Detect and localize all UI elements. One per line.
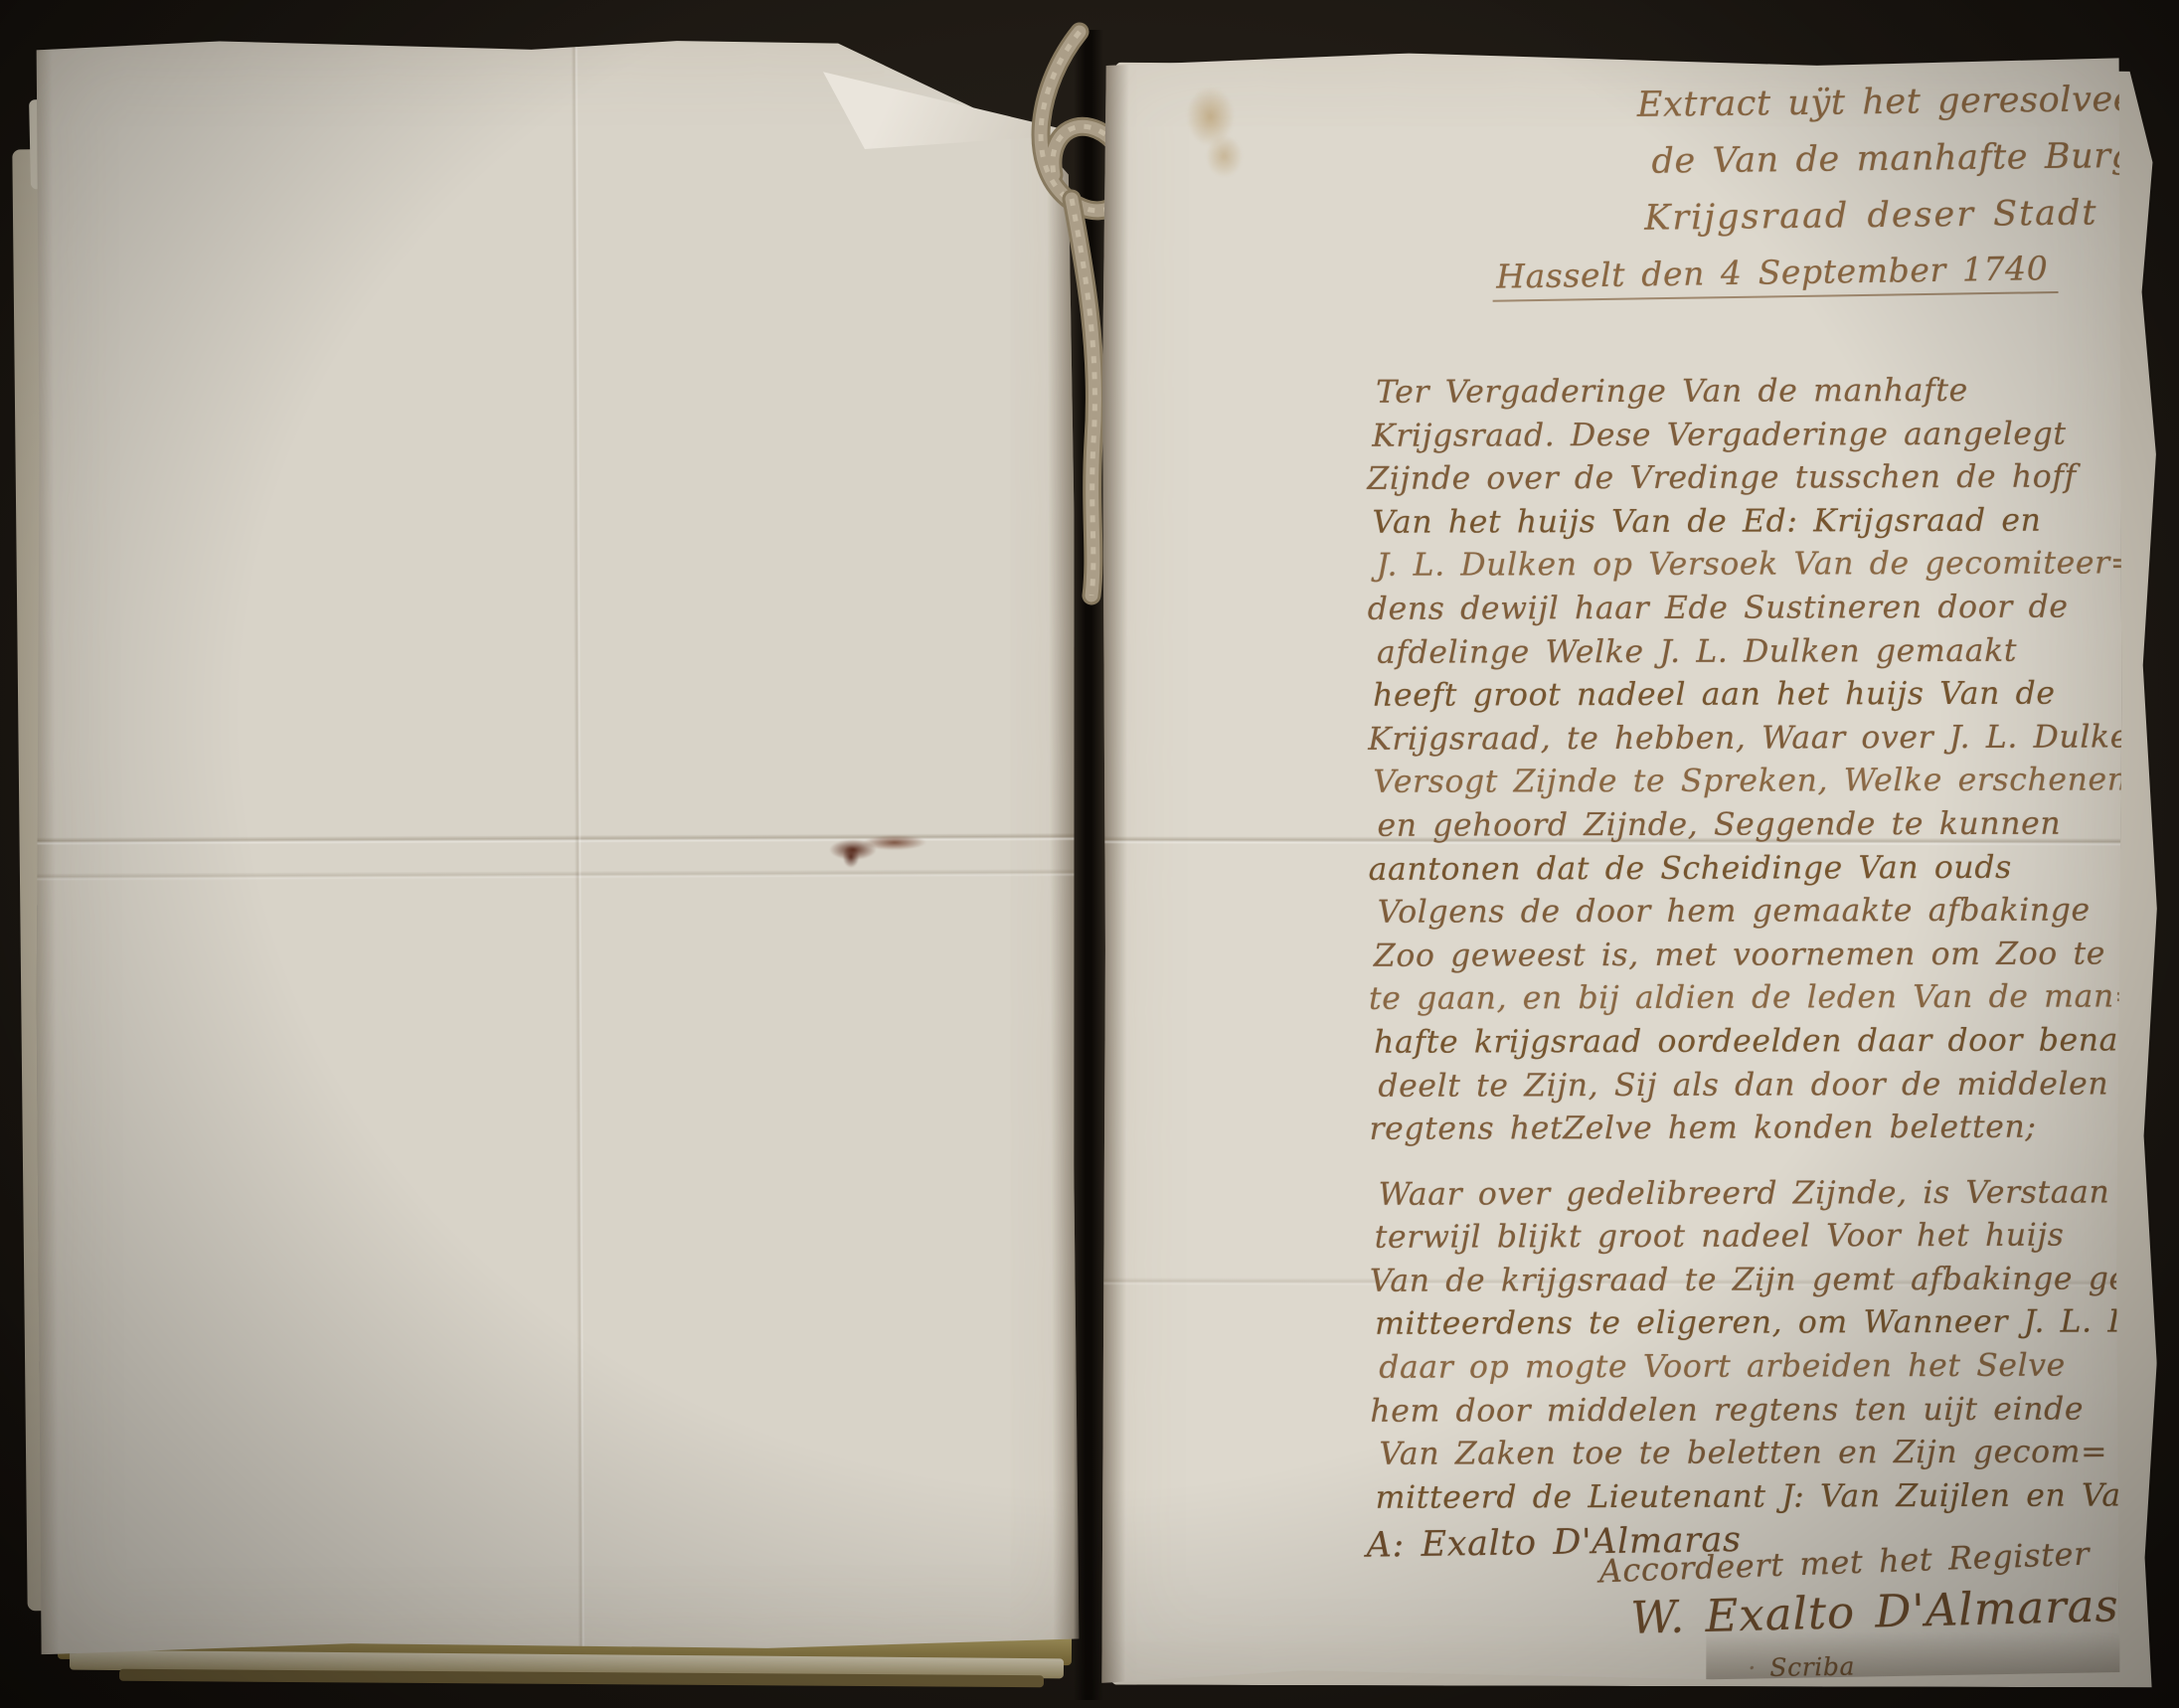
ink-stain [823,829,946,868]
manuscript-line: J. L. Dulken op Versoek Van de gecomitee… [1377,542,2179,588]
manuscript-line: regtens hetZelve hem konden beletten; [1369,1106,2179,1151]
manuscript-line: Volgens de door hem gemaakte afbakinge [1378,889,2179,935]
manuscript-line: Van Zaken toe te beletten en Zijn gecom= [1379,1431,2179,1476]
manuscript-header-line: Extract uÿt het geresolveer= [1637,71,2179,133]
manuscript-line: Waar over gedelibreerd Zijnde, is Versta… [1379,1171,2179,1217]
manuscript-line: deelt te Zijn, Sij als dan door de midde… [1378,1063,2179,1109]
manuscript-line: hafte krijgsraad oordeelden daar door be… [1374,1019,2179,1065]
manuscript-line: Van de krijgsraad te Zijn gemt afbakinge… [1370,1258,2179,1303]
manuscript-line: Zijnde over de Vredinge tusschen de hoff [1367,455,2179,501]
fold-crease-horizontal [36,869,1076,882]
manuscript-line: Krijgsraad. Dese Vergaderinge aangelegt [1372,413,2179,458]
manuscript-header: Extract uÿt het geresolveer= de Van de m… [1637,71,2179,247]
manuscript-line: te gaan, en bij aldien de leden Van de m… [1369,975,2179,1021]
manuscript-line: Zoo geweest is, met voornemen om Zoo te … [1374,933,2179,978]
manuscript-line: daar op mogte Voort arbeiden het Selve [1379,1344,2179,1390]
manuscript-line: terwijl blijkt groot nadeel Voor het hui… [1375,1214,2179,1260]
manuscript-header-line: Krijgsraad deser Stadt [1644,184,2179,247]
manuscript-line: dens dewijl haar Ede Sustineren door de [1368,586,2179,631]
manuscript-line: Van het huijs Van de Ed: Krijgsraad en [1372,499,2179,545]
manuscript-paragraph: Ter Vergaderinge Van de manhafte Krijgsr… [1372,369,2179,1151]
fold-crease-vertical [571,40,585,1652]
manuscript-paragraph: Waar over gedelibreerd Zijnde, is Versta… [1375,1171,2179,1521]
right-page-gutter-shadow [1099,53,1128,1683]
manuscript-line: afdelinge Welke J. L. Dulken gemaakt [1377,629,2179,675]
water-stain [1162,71,1271,190]
manuscript-line: heeft groot nadeel aan het huijs Van de [1373,672,2179,718]
right-page-manuscript: Extract uÿt het geresolveer= de Van de m… [1099,53,2122,1685]
manuscript-body: Ter Vergaderinge Van de manhafte Krijgsr… [1372,369,2179,1520]
left-page-blank [32,38,1079,1655]
manuscript-line: hem door middelen regtens ten uijt einde [1370,1388,2179,1434]
manuscript-line: en gehoord Zijnde, Seggende te kunnen [1377,802,2179,848]
manuscript-line: mitteerd de Lieutenant J: Van Zuijlen en… [1376,1474,2179,1520]
manuscript-line: Versogt Zijnde te Spreken, Welke erschen… [1373,759,2179,804]
dateline: Hasselt den 4 September 1740 [1492,249,2059,302]
manuscript-header-line: de Van de manhafte Burger [1651,127,2179,190]
manuscript-line: aantonen dat de Scheidinge Van ouds [1369,846,2179,892]
manuscript-line: Krijgsraad, te hebben, Waar over J. L. D… [1368,716,2179,762]
manuscript-line: mitteerdens te eligeren, om Wanneer J. L… [1375,1301,2179,1347]
manuscript-line: Ter Vergaderinge Van de manhafte [1376,369,2179,415]
